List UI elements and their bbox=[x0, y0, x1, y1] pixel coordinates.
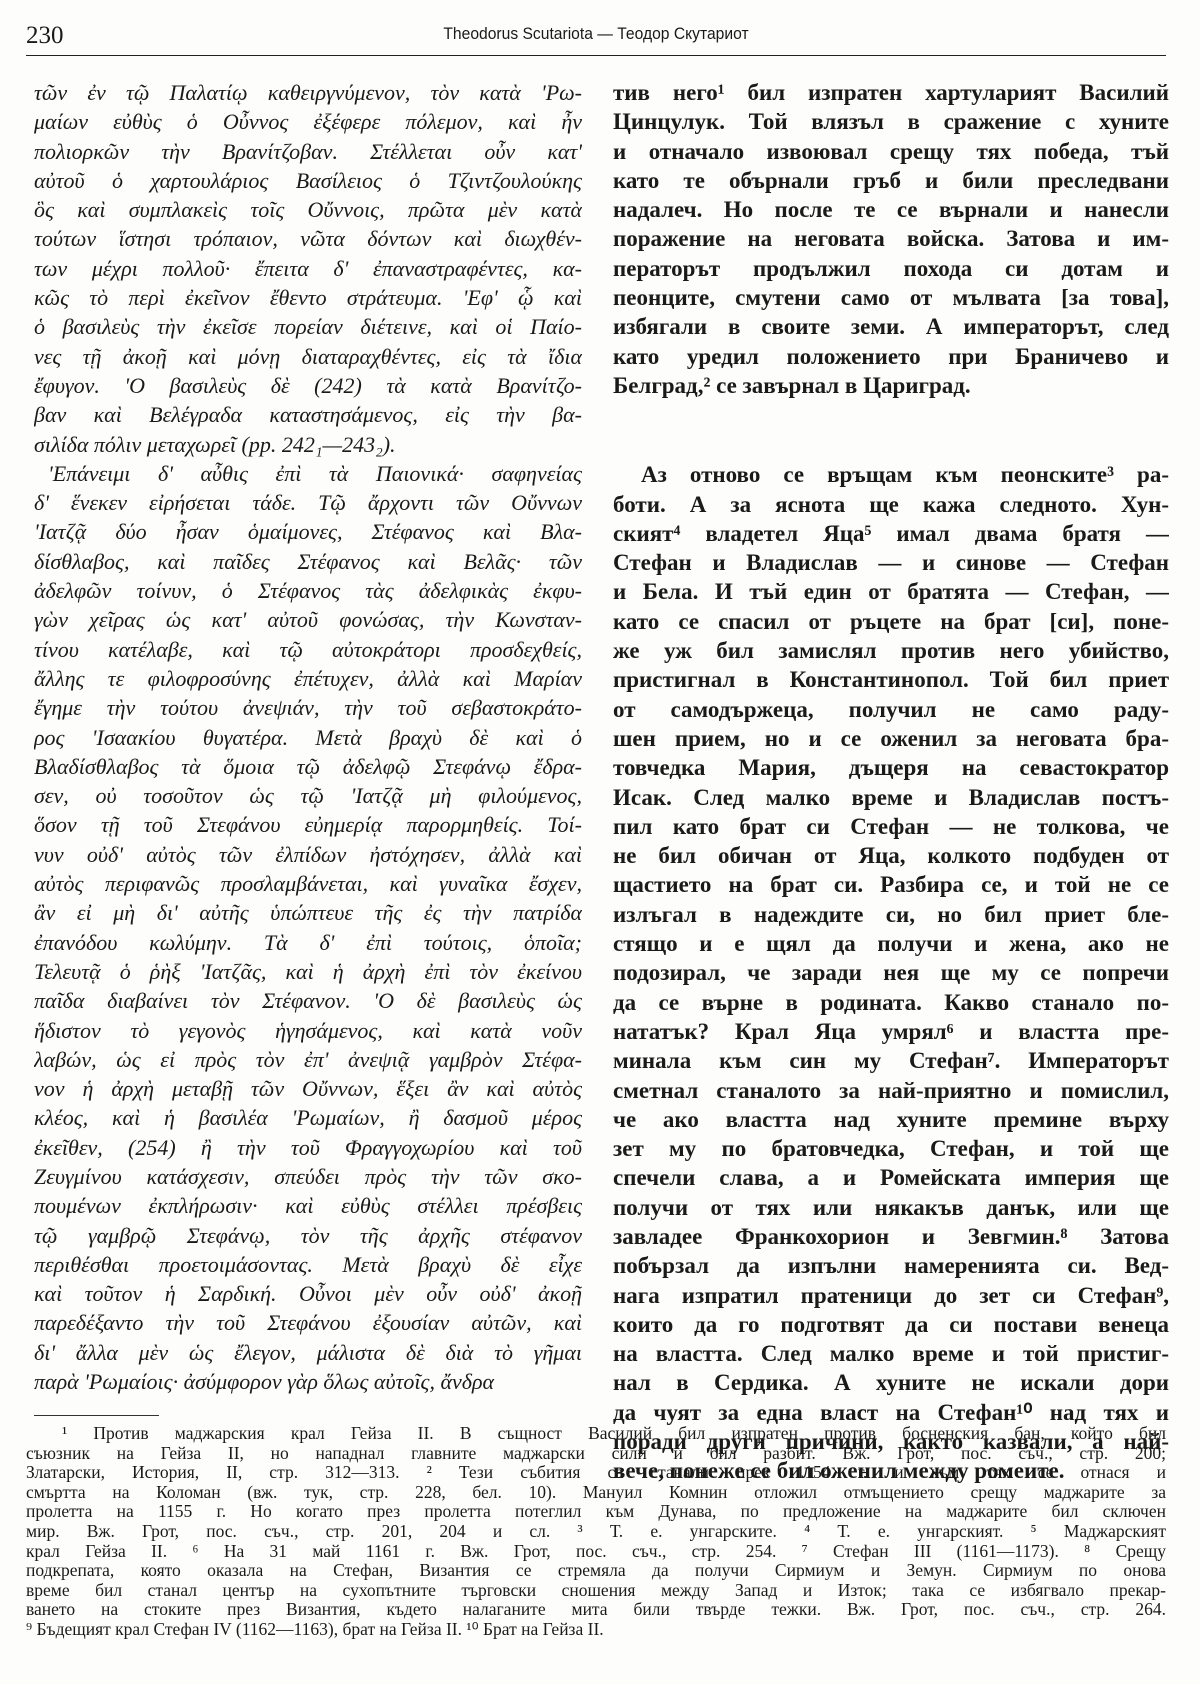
translation-line: от самодържеца, получил не само раду- bbox=[613, 695, 1169, 724]
translation-line: поражение на неговата войска. Затова и и… bbox=[613, 224, 1169, 253]
translation-line: Стефан и Владислав — и синове — Стефан bbox=[613, 548, 1169, 577]
greek-text-line: ἄλλης τε φιλοφροσύνης ἐπέτυχεν, ἀλλὰ καὶ… bbox=[34, 664, 582, 693]
greek-text-line: παῖδα διαβαίνει τὸν Στέφανον. 'Ο δὲ βασι… bbox=[34, 986, 582, 1015]
greek-text-line: τίνου κατέλαβε, καὶ τῷ αὐτοκράτορι προσδ… bbox=[34, 635, 582, 664]
translation-line: избягали в своите земи. А императорът, с… bbox=[613, 312, 1169, 341]
greek-text-line: ὁ βασιλεὺς τὴν ἐκεῖσε πορείαν διέτεινε, … bbox=[34, 312, 582, 341]
translation-line: не бил обичан от Яца, колкото подбуден о… bbox=[613, 841, 1169, 870]
greek-text-line: ἀδελφῶν τοίνυν, ὁ Στέφανος τὰς ἀδελφικὰς… bbox=[34, 576, 582, 605]
greek-text-line: παρεδέξαντο τὴν τοῦ Στεφάνου ἐξουσίαν αὐ… bbox=[34, 1308, 582, 1337]
greek-text-line: βαν καὶ Βελέγραδα καταστησάμενος, εἰς τὴ… bbox=[34, 400, 582, 429]
translation-line: като те обърнали гръб и били преследвани bbox=[613, 166, 1169, 195]
translation-line: боти. А за яснота ще кажа следното. Хун- bbox=[613, 490, 1169, 519]
footnote-line: мир. Вж. Грот, пос. съч., стр. 201, 204 … bbox=[26, 1522, 1166, 1542]
book-page: 230 Theodorus Scutariota — Теодор Скутар… bbox=[0, 0, 1200, 1684]
greek-text-line: πολιορκῶν τὴν Βρανίτζοβαν. Στέλλεται οὖν… bbox=[34, 137, 582, 166]
greek-text-line: καὶ τοῦτον ἡ Σαρδική. Οὖνοι μὲν οὖν οὐδ'… bbox=[34, 1279, 582, 1308]
greek-text-line: ὅσον τῇ τοῦ Στεφάνου εὐημερίᾳ παρορμηθεί… bbox=[34, 810, 582, 839]
greek-text-line: τῷ γαμβρῷ Στεφάνῳ, τὸν τῆς ἀρχῆς στέφανο… bbox=[34, 1221, 582, 1250]
greek-text-line: νον ἡ ἀρχὴ μεταβῇ τῶν Οὔννων, ἕξει ἂν κα… bbox=[34, 1074, 582, 1103]
greek-text-line: των μέχρι πολλοῦ· ἔπειτα δ' ἐπαναστραφέν… bbox=[34, 254, 582, 283]
footnote-line: съюзник на Гейза II, но нападнал главнит… bbox=[26, 1444, 1166, 1464]
translation-line: на властта. След малко време и той прист… bbox=[613, 1339, 1169, 1368]
translation-line: тив него¹ бил изпратен хартуларият Васил… bbox=[613, 78, 1169, 107]
translation-line: товчедка Мария, дъщеря на севастократор bbox=[613, 753, 1169, 782]
greek-text-line: 'Επάνειμι δ' αὖθις ἐπὶ τὰ Παιονικά· σαφη… bbox=[34, 459, 582, 488]
footnote-line: време бил станал център на сухопътните т… bbox=[26, 1581, 1166, 1601]
greek-text-line: ὃς καὶ συμπλακεὶς τοῖς Οὔννοις, πρῶτα μὲ… bbox=[34, 195, 582, 224]
bulgarian-translation-column: тив него¹ бил изпратен хартуларият Васил… bbox=[613, 78, 1169, 1486]
translation-line: зет му по братовчедка, Стефан, и той ще bbox=[613, 1134, 1169, 1163]
translation-line: излъгал в надеждите си, но бил приет бле… bbox=[613, 900, 1169, 929]
translation-line: получи от тях или някакъв данък, или ще bbox=[613, 1193, 1169, 1222]
translation-line: Аз отново се връщам към пеонските³ ра- bbox=[613, 460, 1169, 489]
greek-text-line: Βλαδίσθλαβος τὰ ὅμοια τῷ ἀδελφῷ Στεφάνῳ … bbox=[34, 752, 582, 781]
translation-line: побързал да изпълни намеренията си. Вед- bbox=[613, 1251, 1169, 1280]
translation-line: и Бела. И тъй един от братята — Стефан, … bbox=[613, 577, 1169, 606]
greek-text-line: μαίων εὐθὺς ὁ Οὖννος ἐξέφερε πόλεμον, κα… bbox=[34, 107, 582, 136]
footnote-line: крал Гейза II. ⁶ На 31 май 1161 г. Вж. Г… bbox=[26, 1542, 1166, 1562]
greek-text-line: περιθέσθαι προετοιμάσοντας. Μετὰ βραχὺ δ… bbox=[34, 1250, 582, 1279]
greek-text-line: ρος 'Ισαακίου θυγατέρα. Μετὰ βραχὺ δὲ κα… bbox=[34, 723, 582, 752]
greek-text-line: τῶν ἐν τῷ Παλατίῳ καθειργνύμενον, τὸν κα… bbox=[34, 78, 582, 107]
translation-line: щастието на брат си. Разбира се, и той н… bbox=[613, 870, 1169, 899]
translation-line: шен прием, но и се оженил за неговата бр… bbox=[613, 724, 1169, 753]
greek-text-line: κλέος, καὶ ἡ βασιλέα 'Ρωμαίων, ἢ δασμοῦ … bbox=[34, 1103, 582, 1132]
greek-text-line: αὐτοῦ ὁ χαρτουλάριος Βασίλειος ὁ Τζιντζο… bbox=[34, 166, 582, 195]
greek-text-line: πουμένων ἐκπλήρωσιν· καὶ εὐθὺς στέλλει π… bbox=[34, 1191, 582, 1220]
translation-line: и отначало извоювал срещу тях победа, тъ… bbox=[613, 137, 1169, 166]
footnote-line: Златарски, История, II, стр. 312—313. ² … bbox=[26, 1463, 1166, 1483]
paragraph-gap bbox=[613, 400, 1169, 460]
greek-text-line: Τελευτᾷ ὁ ῥὴξ 'Ιατζᾶς, καὶ ἡ ἀρχὴ ἐπὶ τὸ… bbox=[34, 957, 582, 986]
greek-text-line: αὐτὸς περιφανῶς προσλαμβάνεται, καὶ γυνα… bbox=[34, 869, 582, 898]
greek-text-line: κῶς τὸ περὶ ἐκεῖνον ἔθεντο στράτευμα. 'Ε… bbox=[34, 283, 582, 312]
translation-line: подозирал, че заради нея ще му се попреч… bbox=[613, 958, 1169, 987]
translation-line: пристигнал в Константинопол. Той бил при… bbox=[613, 665, 1169, 694]
translation-line: нататък? Крал Яца умрял⁶ и властта пре- bbox=[613, 1017, 1169, 1046]
translation-line: пеонците, смутени само от мълвата [за то… bbox=[613, 283, 1169, 312]
footnote-line: пролетта на 1155 г. Но когато през проле… bbox=[26, 1502, 1166, 1522]
translation-line: да се върне в родината. Какво станало по… bbox=[613, 988, 1169, 1017]
greek-text-column: τῶν ἐν τῷ Παλατίῳ καθειργνύμενον, τὸν κα… bbox=[34, 78, 582, 1396]
greek-text-line: Ζευγμίνου κατάσχεσιν, σπεύδει πρὸς τὴν τ… bbox=[34, 1162, 582, 1191]
greek-text-line: νες τῇ ἀκοῇ καὶ μόνῃ διαταραχθέντες, εἰς… bbox=[34, 342, 582, 371]
greek-text-line: δι' ἄλλα μὲν ὡς ἔλεγον, μάλιστα δὲ διὰ τ… bbox=[34, 1338, 582, 1367]
running-title: Theodorus Scutariota — Теодор Скутариот bbox=[72, 24, 1121, 44]
translation-line: Цинцулук. Той влязъл в сражение с хуните bbox=[613, 107, 1169, 136]
translation-paragraph-2: Аз отново се връщам към пеонските³ ра-бо… bbox=[613, 460, 1169, 1485]
translation-line: нага изпратил пратеници до зет си Стефан… bbox=[613, 1281, 1169, 1310]
greek-text-line: σιλίδα πόλιν μεταχωρεῖ (pp. 242₁—243₂). bbox=[34, 430, 582, 459]
translation-line: спечели слава, а и Ромейската империя ще bbox=[613, 1163, 1169, 1192]
translation-line: сметнал станалото за най-приятно и помис… bbox=[613, 1076, 1169, 1105]
greek-text-line: γὼν χεῖρας ὡς κατ' αὐτοῦ φονώσας, τὴν Κω… bbox=[34, 605, 582, 634]
footnote-line: подкрепата, която оказала на Стефан, Виз… bbox=[26, 1561, 1166, 1581]
footnote-rule bbox=[34, 1415, 159, 1416]
greek-text-line: σεν, οὐ τοσοῦτον ὡς τῷ 'Ιατζᾷ μὴ φιλούμε… bbox=[34, 781, 582, 810]
translation-line: Исак. След малко време и Владислав постъ… bbox=[613, 783, 1169, 812]
greek-text-line: δίσθλαβος, καὶ παῖδες Στέφανος καὶ Βελᾶς… bbox=[34, 547, 582, 576]
header-rule bbox=[26, 55, 1166, 56]
page-header: 230 Theodorus Scutariota — Теодор Скутар… bbox=[26, 20, 1166, 54]
translation-line: ператорът продължил похода си дотам и bbox=[613, 254, 1169, 283]
translation-line: минала към син му Стефан⁷. Императорът bbox=[613, 1046, 1169, 1075]
translation-line: пил като брат си Стефан — не толкова, че bbox=[613, 812, 1169, 841]
footnote-line: смъртта на Коломан (вж. тук, стр. 228, б… bbox=[26, 1483, 1166, 1503]
greek-text-line: ἐπανόδου κωλύμην. Τὰ δ' ἐπὶ τούτοις, ὁπο… bbox=[34, 928, 582, 957]
greek-text-line: ἥδιστον τὸ γεγονὸς ἡγησάμενος, καὶ κατὰ … bbox=[34, 1016, 582, 1045]
translation-line: стящо и е щял да получи и жена, ако не bbox=[613, 929, 1169, 958]
footnote-line: ¹ Против маджарския крал Гейза II. В същ… bbox=[26, 1424, 1166, 1444]
greek-text-line: ἐκεῖθεν, (254) ἢ τὴν τοῦ Φραγγοχωρίου κα… bbox=[34, 1133, 582, 1162]
greek-text-line: ἔγημε τὴν τούτου ἀνεψιάν, τὴν τοῦ σεβαστ… bbox=[34, 693, 582, 722]
translation-line: же уж бил замислял против него убийство, bbox=[613, 636, 1169, 665]
greek-text-line: 'Ιατζᾷ δύο ἦσαν ὁμαίμονες, Στέφανος καὶ … bbox=[34, 517, 582, 546]
footnote-line: ⁹ Бъдещият крал Стефан IV (1162—1163), б… bbox=[26, 1620, 1166, 1640]
greek-text-line: λαβών, ὡς εἰ πρὸς τὸν ἐπ' ἀνεψιᾷ γαμβρὸν… bbox=[34, 1045, 582, 1074]
translation-line: нал в Сердика. А хуните не искали дори bbox=[613, 1368, 1169, 1397]
greek-text-line: νυν οὐδ' αὐτὸς τῶν ἐλπίδων ἠστόχησεν, ἀλ… bbox=[34, 840, 582, 869]
page-number: 230 bbox=[26, 22, 64, 50]
translation-line: надалеч. Но после те се върнали и нанесл… bbox=[613, 195, 1169, 224]
translation-line: да чуят за една власт на Стефан¹⁰ над тя… bbox=[613, 1398, 1169, 1427]
translation-line: които да го подготвят да си постави вене… bbox=[613, 1310, 1169, 1339]
greek-text-line: δ' ἕνεκεν εἰρήσεται τάδε. Τῷ ἄρχοντι τῶν… bbox=[34, 488, 582, 517]
translation-line: завладее Франкохорион и Зевгмин.⁸ Затова bbox=[613, 1222, 1169, 1251]
footnote-line: ването на стоките през Византия, където … bbox=[26, 1600, 1166, 1620]
greek-text-line: ἂν εἰ μὴ δι' αὐτῆς ὑπώπτευε τῆς ἐς τὴν π… bbox=[34, 898, 582, 927]
translation-line: като се спасил от ръцете на брат [си], п… bbox=[613, 607, 1169, 636]
footnotes: ¹ Против маджарския крал Гейза II. В същ… bbox=[26, 1424, 1166, 1640]
translation-line: ският⁴ владетел Яца⁵ имал двама братя — bbox=[613, 519, 1169, 548]
translation-paragraph-1: тив него¹ бил изпратен хартуларият Васил… bbox=[613, 78, 1169, 400]
greek-text-line: τούτων ἵστησι τρόπαιον, νῶτα δόντων καὶ … bbox=[34, 224, 582, 253]
translation-line: като уредил положението при Браничево и bbox=[613, 342, 1169, 371]
greek-text-line: παρὰ 'Ρωμαίοις· ἀσύμφορον γὰρ ὅλως αὐτοῖ… bbox=[34, 1367, 582, 1396]
translation-line: че ако властта над хуните премине върху bbox=[613, 1105, 1169, 1134]
greek-text-line: ἔφυγον. 'Ο βασιλεὺς δὲ (242) τὰ κατὰ Βρα… bbox=[34, 371, 582, 400]
translation-line: Белград,² се завърнал в Цариград. bbox=[613, 371, 1169, 400]
